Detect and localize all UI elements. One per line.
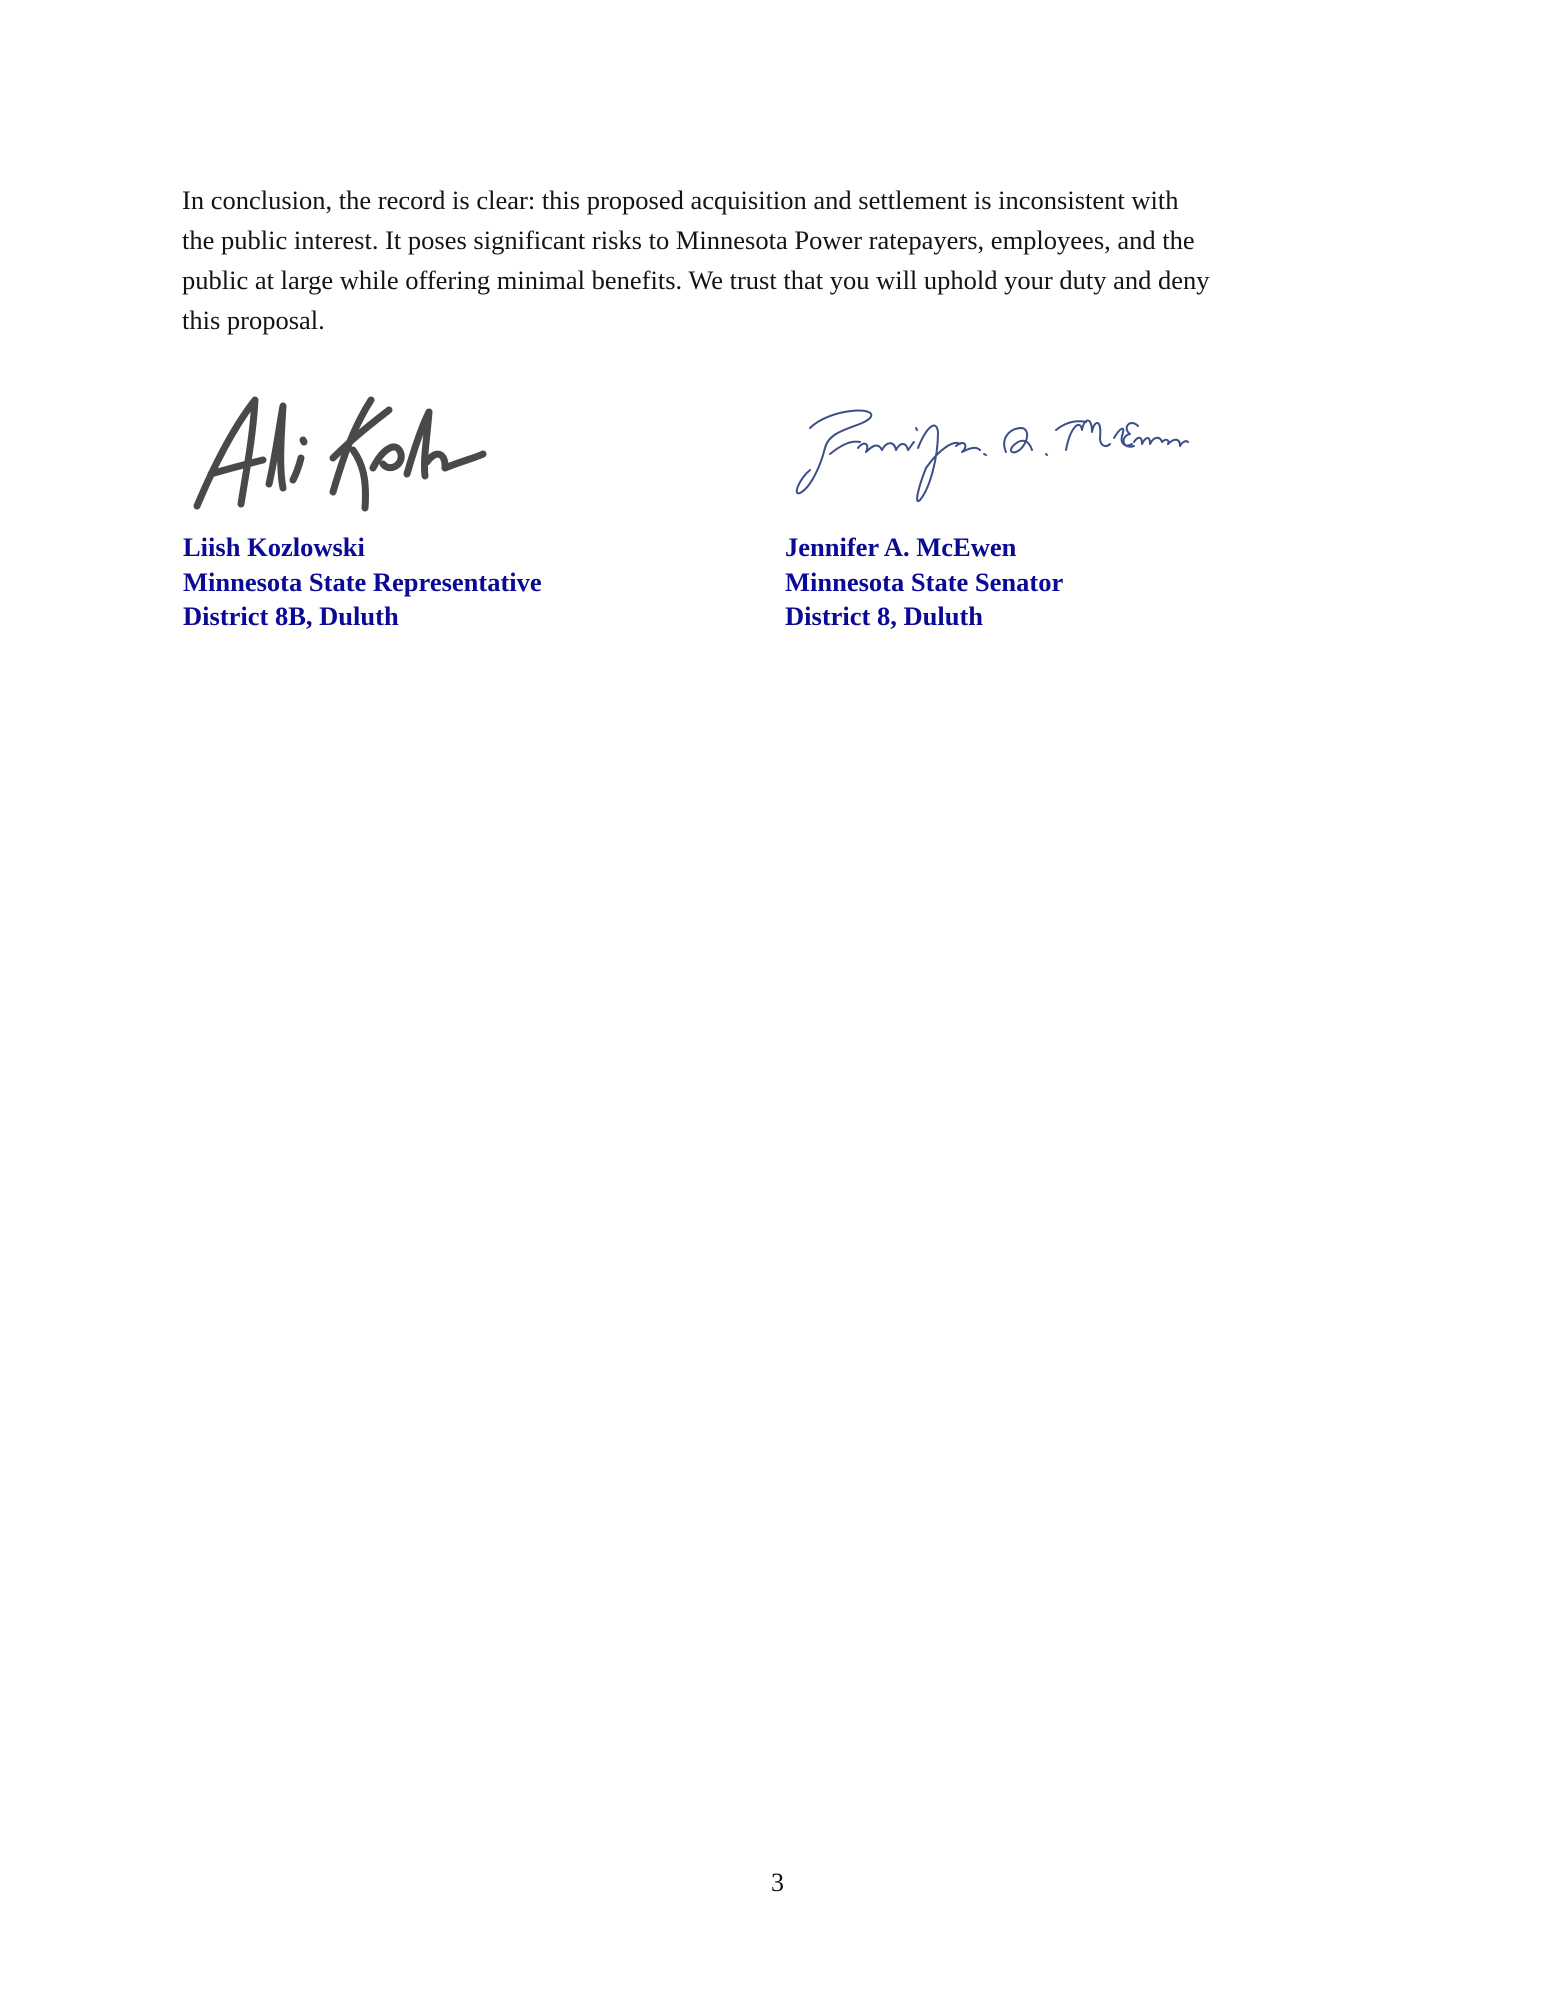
paragraph-line: In conclusion, the record is clear: this… <box>182 180 1382 220</box>
signature-block-kozlowski: Liish Kozlowski Minnesota State Represen… <box>183 388 743 634</box>
signatory-title: Minnesota State Senator <box>785 565 1330 600</box>
conclusion-paragraph: In conclusion, the record is clear: this… <box>182 180 1382 340</box>
signatory-details: Jennifer A. McEwen Minnesota State Senat… <box>770 530 1330 634</box>
page-number: 3 <box>0 1868 1545 1898</box>
signatory-district: District 8B, Duluth <box>183 599 743 634</box>
signatory-name: Liish Kozlowski <box>183 530 743 565</box>
handwritten-signature-icon <box>183 388 743 518</box>
paragraph-line: this proposal. <box>182 300 1382 340</box>
document-page: In conclusion, the record is clear: this… <box>0 0 1545 2000</box>
signatory-name: Jennifer A. McEwen <box>785 530 1330 565</box>
signatory-details: Liish Kozlowski Minnesota State Represen… <box>183 530 743 634</box>
signatory-district: District 8, Duluth <box>785 599 1330 634</box>
handwritten-signature-icon <box>770 388 1330 518</box>
signature-block-mcewen: Jennifer A. McEwen Minnesota State Senat… <box>770 388 1330 634</box>
paragraph-line: public at large while offering minimal b… <box>182 260 1382 300</box>
signatory-title: Minnesota State Representative <box>183 565 743 600</box>
paragraph-line: the public interest. It poses significan… <box>182 220 1382 260</box>
